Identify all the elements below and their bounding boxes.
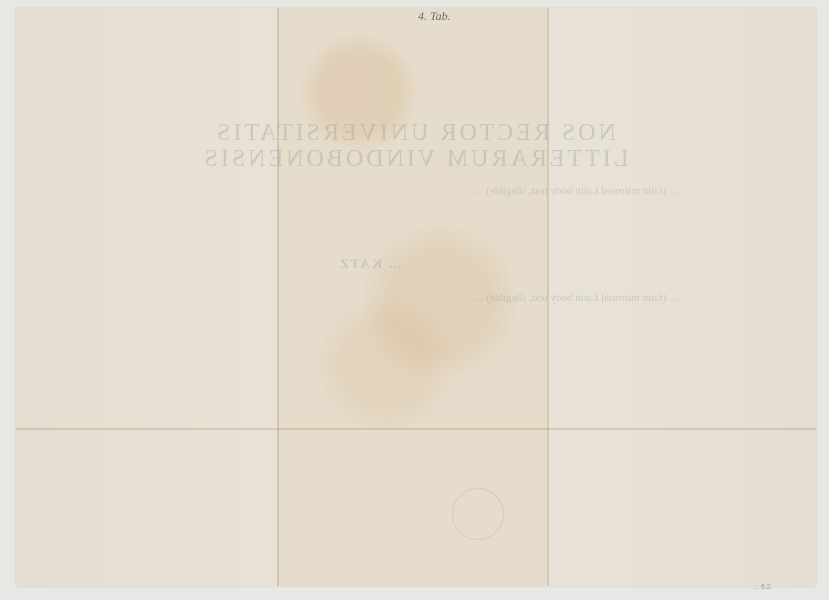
heading-line-1: NOS RECTOR UNIVERSITATIS: [150, 120, 680, 146]
show-through-heading: NOS RECTOR UNIVERSITATIS LITTERARUM VIND…: [150, 120, 680, 172]
heading-line-2: LITTERARUM VINDOBONENSIS: [150, 146, 680, 172]
pencil-annotation: 4. Tab.: [418, 9, 451, 24]
embossed-seal: [452, 488, 504, 540]
show-through-body-1: … (faint mirrored Latin body text, illeg…: [150, 185, 680, 198]
show-through-body-2: … (faint mirrored Latin body text, illeg…: [150, 292, 680, 305]
foxing-stains: [278, 8, 548, 428]
archive-stamp: … 6.2.: [752, 584, 773, 591]
show-through-name: … KATZ: [300, 256, 440, 272]
fold-line-horizontal: [16, 428, 816, 430]
